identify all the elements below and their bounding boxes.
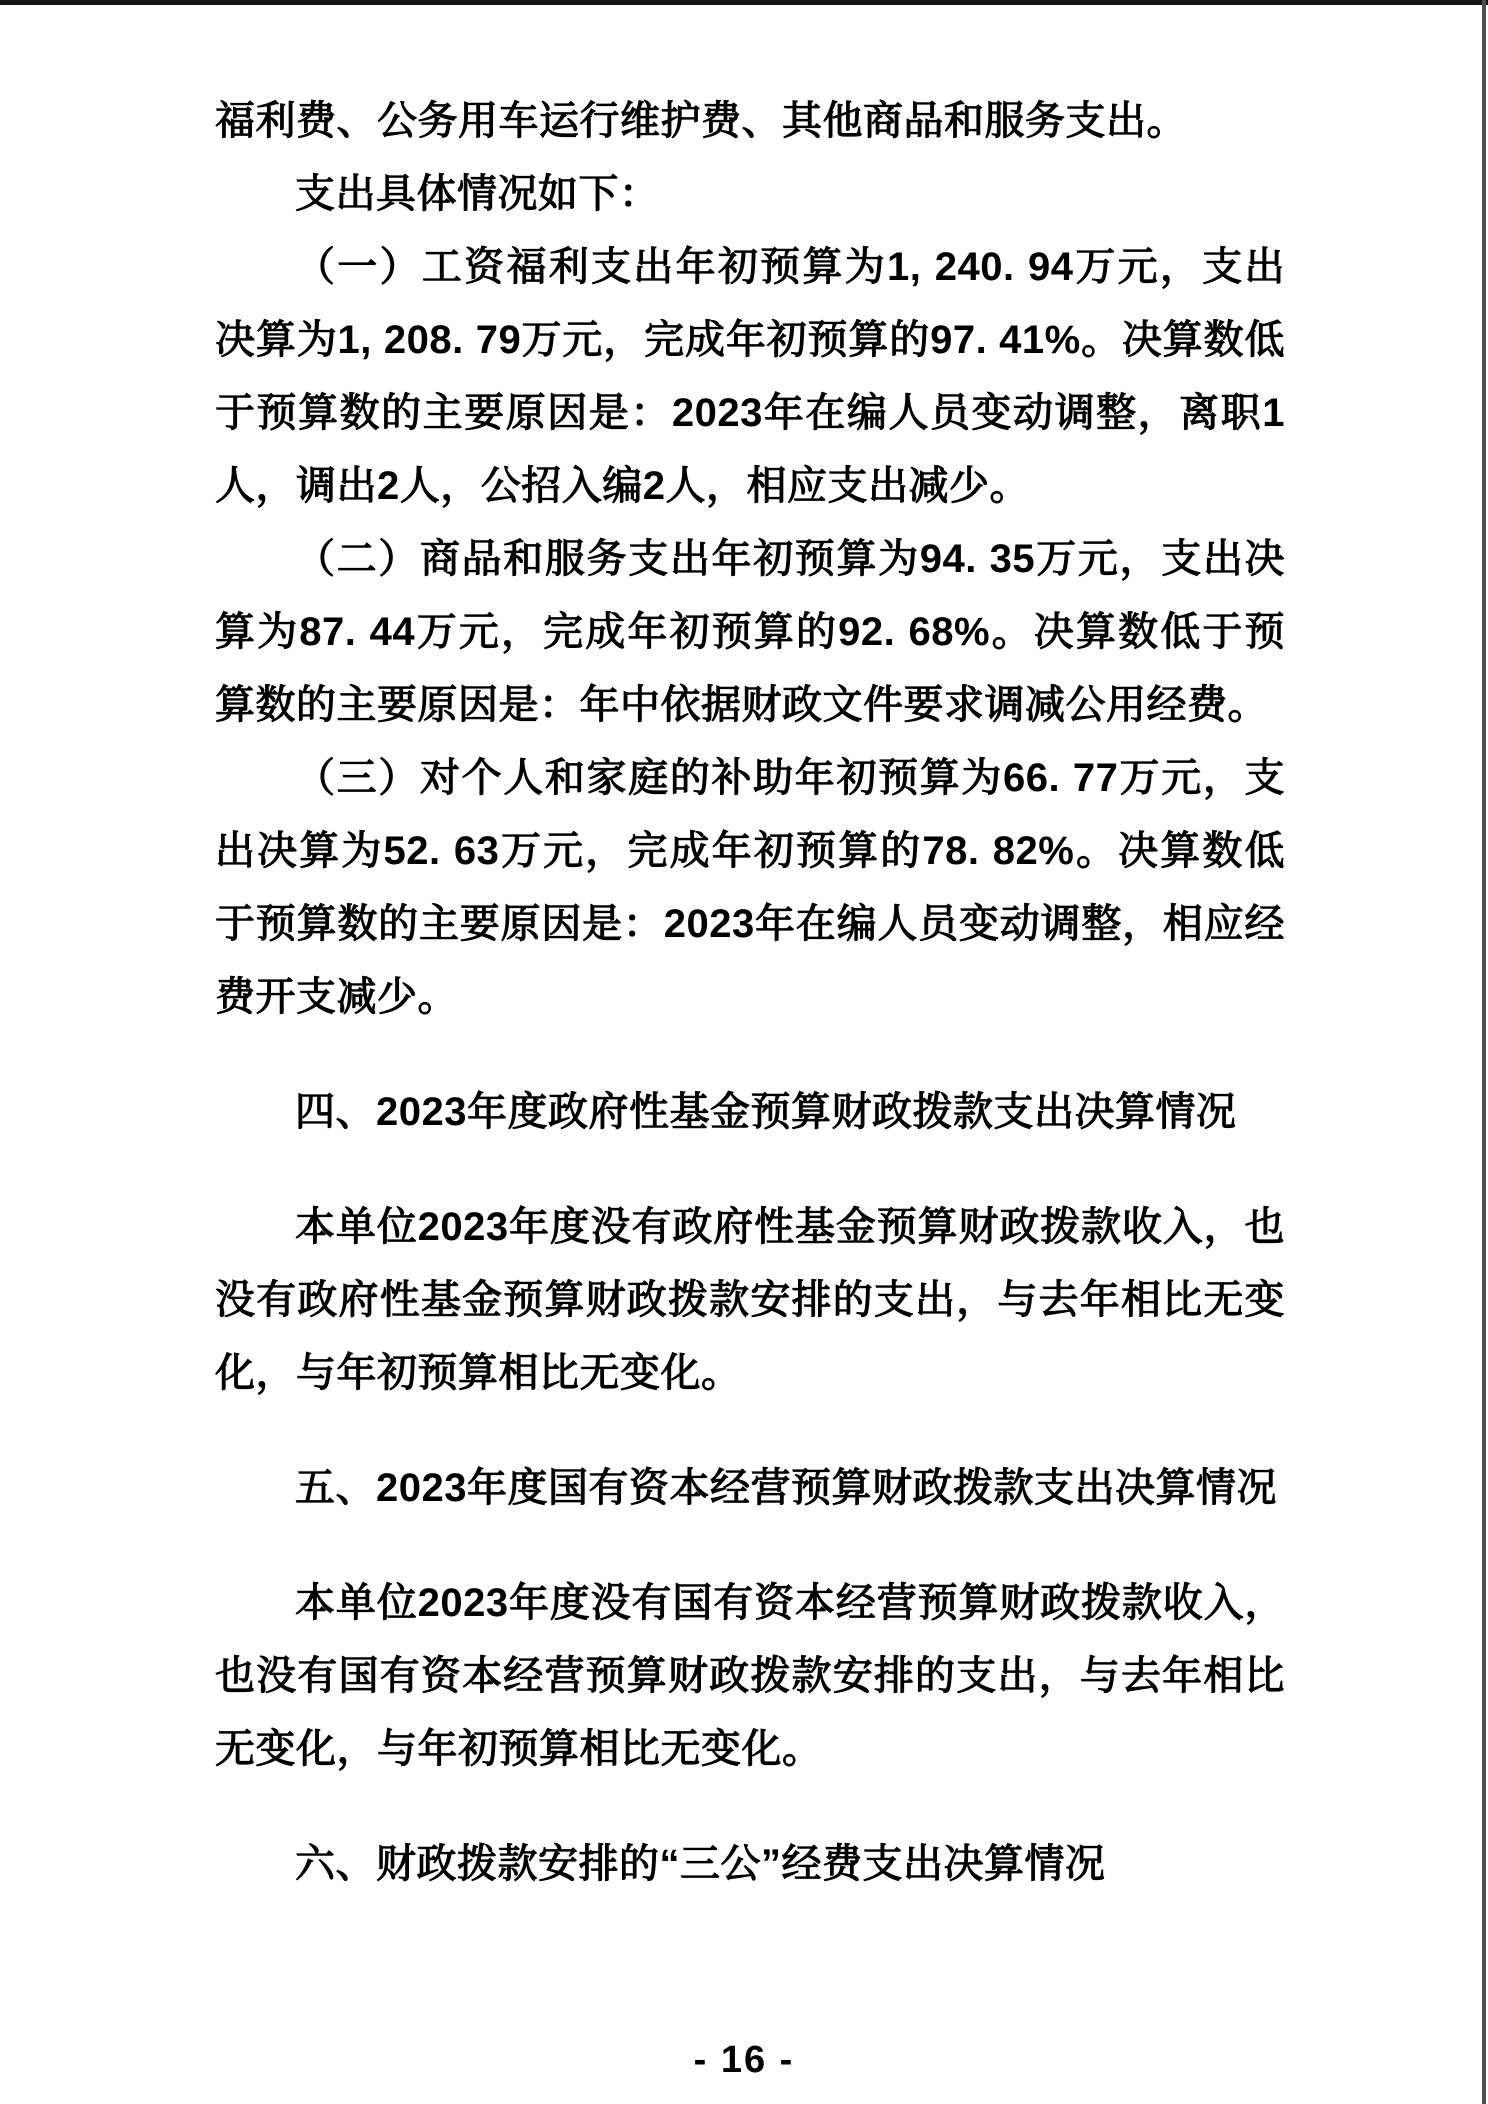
paragraph: （二）商品和服务支出年初预算为94. 35万元，支出决算为87. 44万元，完成… bbox=[215, 523, 1285, 742]
paragraph: （一）工资福利支出年初预算为1, 240. 94万元，支出决算为1, 208. … bbox=[215, 231, 1285, 523]
scan-edge-top-line bbox=[0, 0, 1488, 5]
section-heading: 六、财政拨款安排的“三公”经费支出决算情况 bbox=[215, 1828, 1285, 1901]
scan-edge-right-line bbox=[1482, 0, 1486, 2104]
paragraph: 本单位2023年度没有政府性基金预算财政拨款收入，也没有政府性基金预算财政拨款安… bbox=[215, 1191, 1285, 1410]
section-heading: 五、2023年度国有资本经营预算财政拨款支出决算情况 bbox=[215, 1452, 1285, 1525]
paragraph: 支出具体情况如下： bbox=[215, 158, 1285, 231]
section-heading: 四、2023年度政府性基金预算财政拨款支出决算情况 bbox=[215, 1076, 1285, 1149]
page-number: - 16 - bbox=[0, 2039, 1488, 2082]
paragraph: 本单位2023年度没有国有资本经营预算财政拨款收入，也没有国有资本经营预算财政拨… bbox=[215, 1567, 1285, 1786]
document-body: 福利费、公务用车运行维护费、其他商品和服务支出。支出具体情况如下：（一）工资福利… bbox=[215, 85, 1285, 1943]
document-page: 福利费、公务用车运行维护费、其他商品和服务支出。支出具体情况如下：（一）工资福利… bbox=[0, 0, 1488, 2104]
paragraph: （三）对个人和家庭的补助年初预算为66. 77万元，支出决算为52. 63万元，… bbox=[215, 742, 1285, 1034]
paragraph: 福利费、公务用车运行维护费、其他商品和服务支出。 bbox=[215, 85, 1285, 158]
